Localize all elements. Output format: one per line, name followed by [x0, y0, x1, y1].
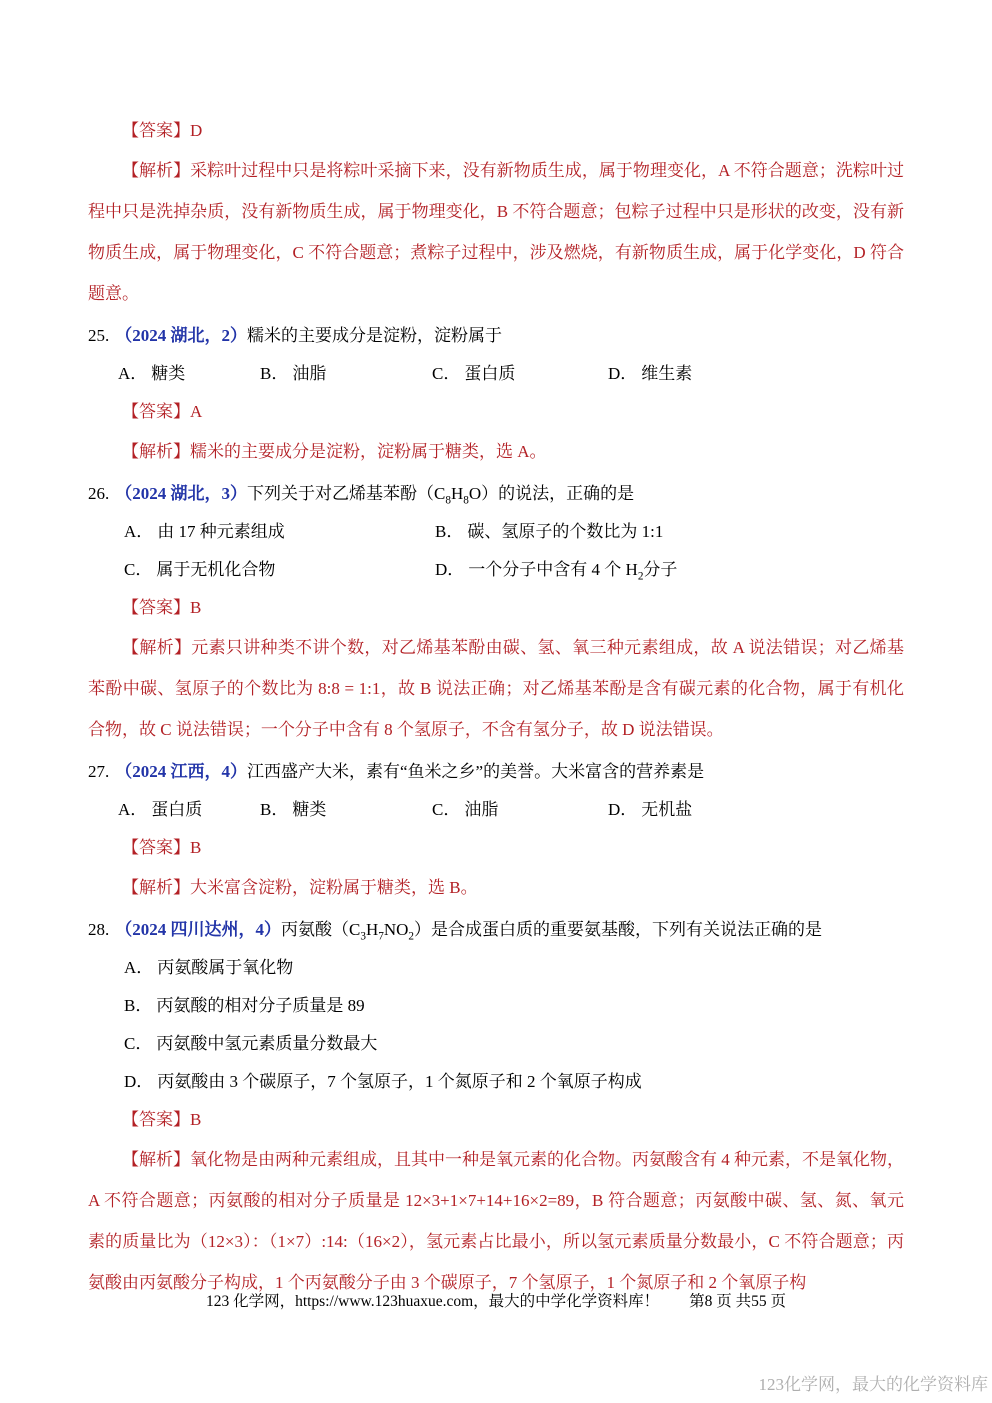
- option-b: B．糖类: [260, 791, 432, 829]
- footer-page-indicator: 第8 页 共55 页: [689, 1293, 786, 1310]
- question-number: 26.: [88, 484, 109, 503]
- question-source: （2024 江西，4）: [115, 762, 247, 781]
- footer-site-info: 123 化学网，https://www.123huaxue.com，最大的中学化…: [206, 1293, 659, 1310]
- option-label: 无机盐: [641, 800, 692, 819]
- question-text: 糯米的主要成分是淀粉，淀粉属于: [247, 326, 502, 345]
- question-stem-line: 28.（2024 四川达州，4）丙氨酸（C3H7NO2）是合成蛋白质的重要氨基酸…: [88, 911, 904, 949]
- options-row: B．丙氨酸的相对分子质量是 89: [88, 987, 904, 1025]
- analysis-paragraph: 【解析】元素只讲种类不讲个数，对乙烯基苯酚由碳、氢、氧三种元素组成，故 A 说法…: [88, 627, 904, 750]
- option-label: 油脂: [292, 364, 326, 383]
- options-row: C．丙氨酸中氢元素质量分数最大: [88, 1025, 904, 1063]
- option-key: C．: [124, 1034, 152, 1053]
- option-c: C．丙氨酸中氢元素质量分数最大: [124, 1025, 377, 1063]
- options-row: A．丙氨酸属于氧化物: [88, 949, 904, 987]
- option-c: C．属于无机化合物: [124, 551, 435, 589]
- option-key: B．: [124, 996, 152, 1015]
- analysis-text: 糯米的主要成分是淀粉，淀粉属于糖类，选 A。: [190, 442, 547, 461]
- option-label: 属于无机化合物: [156, 560, 275, 579]
- analysis-label: 【解析】: [122, 161, 190, 180]
- question-25: 25.（2024 湖北，2）糯米的主要成分是淀粉，淀粉属于 A．糖类 B．油脂 …: [88, 317, 904, 472]
- option-a: A．蛋白质: [118, 791, 260, 829]
- option-a: A．丙氨酸属于氧化物: [124, 949, 293, 987]
- option-key: A．: [118, 364, 147, 383]
- option-label: 蛋白质: [151, 800, 202, 819]
- exam-document-page: 【答案】D 【解析】采粽叶过程中只是将粽叶采摘下来，没有新物质生成，属于物理变化…: [0, 0, 992, 1403]
- question-source: （2024 四川达州，4）: [115, 920, 281, 939]
- answer-line: 【答案】B: [88, 1101, 904, 1139]
- option-key: C．: [124, 560, 152, 579]
- option-key: A．: [124, 522, 153, 541]
- answer-label: 【答案】: [122, 1110, 190, 1129]
- option-b: B．碳、氢原子的个数比为 1:1: [435, 513, 663, 551]
- options-row: A．由 17 种元素组成 B．碳、氢原子的个数比为 1:1: [88, 513, 904, 551]
- option-label: 丙氨酸的相对分子质量是 89: [156, 996, 364, 1015]
- analysis-paragraph: 【解析】采粽叶过程中只是将粽叶采摘下来，没有新物质生成，属于物理变化，A 不符合…: [88, 150, 904, 314]
- analysis-text: 采粽叶过程中只是将粽叶采摘下来，没有新物质生成，属于物理变化，A 不符合题意；洗…: [88, 161, 904, 303]
- watermark-text: 123化学网，最大的化学资料库: [759, 1370, 989, 1395]
- question-stem-line: 25.（2024 湖北，2）糯米的主要成分是淀粉，淀粉属于: [88, 317, 904, 355]
- option-key: B．: [260, 800, 288, 819]
- option-d: D．丙氨酸由 3 个碳原子，7 个氢原子，1 个氮原子和 2 个氧原子构成: [124, 1063, 642, 1101]
- option-label: 糖类: [292, 800, 326, 819]
- option-key: D．: [124, 1072, 153, 1091]
- options-row: A．蛋白质 B．糖类 C．油脂 D．无机盐: [88, 791, 904, 829]
- analysis-label: 【解析】: [122, 878, 190, 897]
- option-label: 糖类: [151, 364, 185, 383]
- question-27: 27.（2024 江西，4）江西盛产大米，素有“鱼米之乡”的美誉。大米富含的营养…: [88, 753, 904, 908]
- option-b: B．油脂: [260, 355, 432, 393]
- question-text: 江西盛产大米，素有“鱼米之乡”的美誉。大米富含的营养素是: [247, 762, 704, 781]
- answer-line: 【答案】B: [88, 589, 904, 627]
- document-body: 【答案】D 【解析】采粽叶过程中只是将粽叶采摘下来，没有新物质生成，属于物理变化…: [88, 112, 904, 1303]
- question-source: （2024 湖北，3）: [115, 484, 247, 503]
- option-label: 碳、氢原子的个数比为 1:1: [467, 522, 663, 541]
- question-stem-line: 26.（2024 湖北，3）下列关于对乙烯基苯酚（C8H8O）的说法，正确的是: [88, 475, 904, 513]
- option-key: B．: [260, 364, 288, 383]
- question-text: 下列关于对乙烯基苯酚（C8H8O）的说法，正确的是: [247, 484, 634, 503]
- options-row: C．属于无机化合物 D．一个分子中含有 4 个 H2分子: [88, 551, 904, 589]
- option-label: 丙氨酸属于氧化物: [157, 958, 293, 977]
- analysis-label: 【解析】: [122, 442, 190, 461]
- question-26: 26.（2024 湖北，3）下列关于对乙烯基苯酚（C8H8O）的说法，正确的是 …: [88, 475, 904, 750]
- option-a: A．由 17 种元素组成: [124, 513, 435, 551]
- analysis-text: 大米富含淀粉，淀粉属于糖类，选 B。: [190, 878, 478, 897]
- option-key: D．: [608, 364, 637, 383]
- option-label: 油脂: [464, 800, 498, 819]
- option-label: 维生素: [641, 364, 692, 383]
- answer-value: B: [190, 838, 201, 857]
- option-label: 丙氨酸中氢元素质量分数最大: [156, 1034, 377, 1053]
- answer-value: B: [190, 1110, 201, 1129]
- analysis-text: 氧化物是由两种元素组成，且其中一种是氧元素的化合物。丙氨酸含有 4 种元素，不是…: [88, 1150, 904, 1292]
- option-label: 丙氨酸由 3 个碳原子，7 个氢原子，1 个氮原子和 2 个氧原子构成: [157, 1072, 642, 1091]
- analysis-label: 【解析】: [122, 638, 191, 657]
- option-label: 蛋白质: [464, 364, 515, 383]
- options-row: A．糖类 B．油脂 C．蛋白质 D．维生素: [88, 355, 904, 393]
- option-c: C．蛋白质: [432, 355, 608, 393]
- question-stem-line: 27.（2024 江西，4）江西盛产大米，素有“鱼米之乡”的美誉。大米富含的营养…: [88, 753, 904, 791]
- answer-value: D: [190, 121, 202, 140]
- option-key: A．: [124, 958, 153, 977]
- option-label: 由 17 种元素组成: [157, 522, 285, 541]
- option-label: 一个分子中含有 4 个 H2分子: [468, 560, 677, 579]
- answer-label: 【答案】: [122, 121, 190, 140]
- answer-label: 【答案】: [122, 838, 190, 857]
- answer-label: 【答案】: [122, 402, 190, 421]
- question-source: （2024 湖北，2）: [115, 326, 247, 345]
- question-number: 28.: [88, 920, 109, 939]
- answer-line: 【答案】A: [88, 393, 904, 431]
- option-key: A．: [118, 800, 147, 819]
- option-key: C．: [432, 364, 460, 383]
- option-d: D．一个分子中含有 4 个 H2分子: [435, 551, 677, 589]
- question-number: 25.: [88, 326, 109, 345]
- answer-label: 【答案】: [122, 598, 190, 617]
- option-a: A．糖类: [118, 355, 260, 393]
- option-key: D．: [608, 800, 637, 819]
- question-24-continuation: 【答案】D 【解析】采粽叶过程中只是将粽叶采摘下来，没有新物质生成，属于物理变化…: [88, 112, 904, 314]
- option-b: B．丙氨酸的相对分子质量是 89: [124, 987, 365, 1025]
- option-d: D．维生素: [608, 355, 692, 393]
- answer-line: 【答案】B: [88, 829, 904, 867]
- option-key: C．: [432, 800, 460, 819]
- option-d: D．无机盐: [608, 791, 692, 829]
- answer-line: 【答案】D: [88, 112, 904, 150]
- analysis-text: 元素只讲种类不讲个数，对乙烯基苯酚由碳、氢、氧三种元素组成，故 A 说法错误；对…: [88, 638, 904, 739]
- option-key: B．: [435, 522, 463, 541]
- question-text: 丙氨酸（C3H7NO2）是合成蛋白质的重要氨基酸，下列有关说法正确的是: [281, 920, 822, 939]
- option-key: D．: [435, 560, 464, 579]
- answer-value: B: [190, 598, 201, 617]
- question-28: 28.（2024 四川达州，4）丙氨酸（C3H7NO2）是合成蛋白质的重要氨基酸…: [88, 911, 904, 1303]
- answer-value: A: [190, 402, 202, 421]
- option-c: C．油脂: [432, 791, 608, 829]
- options-row: D．丙氨酸由 3 个碳原子，7 个氢原子，1 个氮原子和 2 个氧原子构成: [88, 1063, 904, 1101]
- analysis-paragraph: 【解析】氧化物是由两种元素组成，且其中一种是氧元素的化合物。丙氨酸含有 4 种元…: [88, 1139, 904, 1303]
- analysis-paragraph: 【解析】糯米的主要成分是淀粉，淀粉属于糖类，选 A。: [88, 431, 904, 472]
- question-number: 27.: [88, 762, 109, 781]
- analysis-paragraph: 【解析】大米富含淀粉，淀粉属于糖类，选 B。: [88, 867, 904, 908]
- page-footer: 123 化学网，https://www.123huaxue.com，最大的中学化…: [0, 1291, 992, 1313]
- analysis-label: 【解析】: [122, 1150, 190, 1169]
